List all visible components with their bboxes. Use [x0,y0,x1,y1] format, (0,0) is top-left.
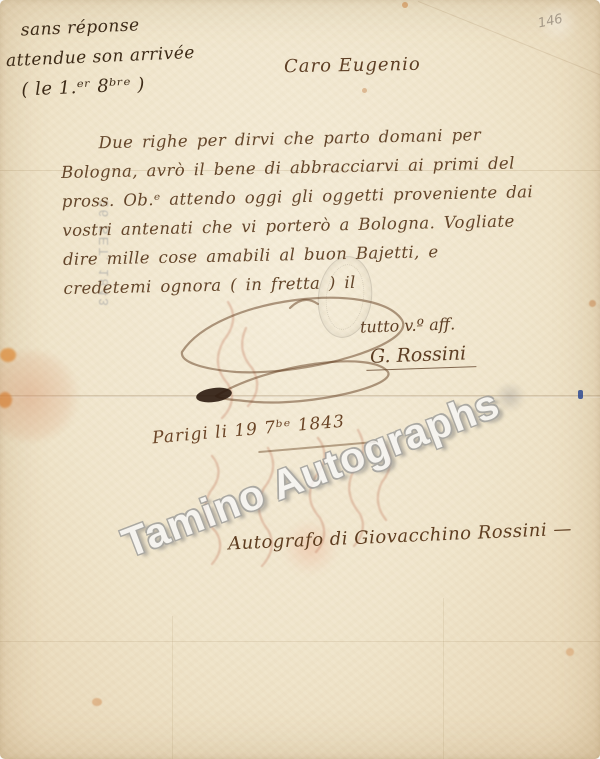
wax-seal-stain [0,350,80,442]
stain [402,2,408,8]
note-line-3: ( le 1.ᵉʳ 8ᵇʳᵉ ) [21,68,197,106]
crease-vertical [172,616,173,759]
pencil-inventory-number: 146 [537,12,564,32]
collector-annotation-note: sans réponse attendue son arrivée ( le 1… [4,8,197,106]
stain [566,648,574,656]
ink-blot [195,386,233,405]
crease-vertical [443,598,444,759]
crease-diagonal [418,1,600,84]
stain [0,392,12,408]
stain [92,698,102,706]
salutation: Caro Eugenio [284,54,421,77]
fold-line-lower [0,641,600,642]
ink-flourish-bleedthrough [140,272,440,412]
stain [0,348,16,362]
blue-ink-dot [578,390,583,399]
letter-scan: 26 SET. 1843 sans réponse attendue son a… [0,0,600,759]
stain [589,300,596,307]
stain [362,88,367,93]
